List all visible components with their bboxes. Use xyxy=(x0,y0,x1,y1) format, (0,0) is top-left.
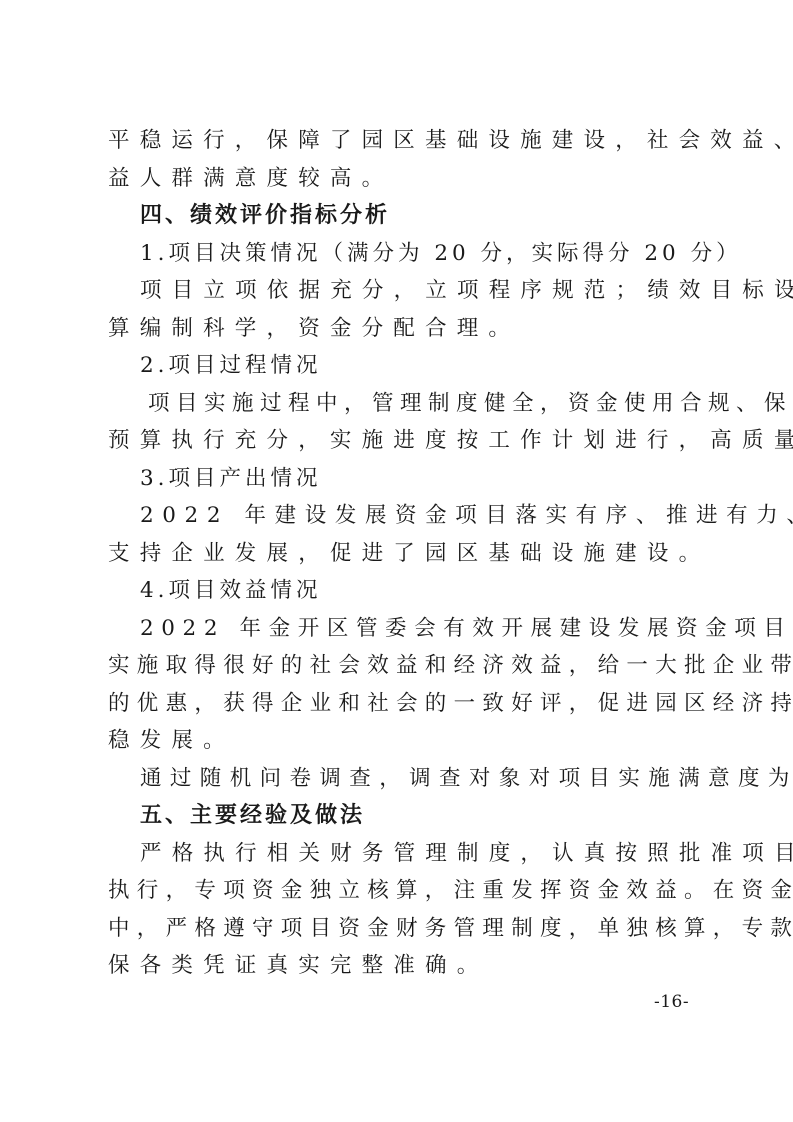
paragraph-line: 项目实施过程中，管理制度健全，资金使用合规、保障到位， xyxy=(108,385,694,423)
subsection-output: 3.项目产出情况 xyxy=(108,460,694,498)
subsection-process: 2.项目过程情况 xyxy=(108,347,694,385)
paragraph-line: 支持企业发展，促进了园区基础设施建设。 xyxy=(108,535,694,573)
paragraph-line: 严格执行相关财务管理制度，认真按照批准项目和资金计划 xyxy=(108,835,694,873)
paragraph-line: 益人群满意度较高。 xyxy=(108,160,694,198)
paragraph-line: 项目立项依据充分，立项程序规范；绩效目标设置合理，预 xyxy=(108,272,694,310)
subsection-benefit: 4.项目效益情况 xyxy=(108,572,694,610)
document-page: 平稳运行，保障了园区基础设施建设，社会效益、生态效益和受 益人群满意度较高。 四… xyxy=(108,122,694,985)
paragraph-line: 预算执行充分，实施进度按工作计划进行，高质量完成该项目 xyxy=(108,422,694,460)
paragraph-line: 平稳运行，保障了园区基础设施建设，社会效益、生态效益和受 xyxy=(108,122,694,160)
paragraph-line: 算编制科学，资金分配合理。 xyxy=(108,310,694,348)
paragraph-line: 实施取得很好的社会效益和经济效益，给一大批企业带来了实际 xyxy=(108,647,694,685)
paragraph-line: 稳发展。 xyxy=(108,722,694,760)
paragraph-line: 执行，专项资金独立核算，注重发挥资金效益。在资金拨付过程 xyxy=(108,872,694,910)
section-heading-experience: 五、主要经验及做法 xyxy=(108,797,694,835)
paragraph-line: 2022 年金开区管委会有效开展建设发展资金项目，该项目的 xyxy=(108,610,694,648)
section-heading-performance-indicators: 四、绩效评价指标分析 xyxy=(108,197,694,235)
paragraph-line: 通过随机问卷调查，调查对象对项目实施满意度为 98%。 xyxy=(108,760,694,798)
subsection-decision: 1.项目决策情况（满分为 20 分，实际得分 20 分） xyxy=(108,235,694,273)
paragraph-line: 2022 年建设发展资金项目落实有序、推进有力、完成及时， xyxy=(108,497,694,535)
page-number: -16- xyxy=(654,992,689,1012)
paragraph-line: 中，严格遵守项目资金财务管理制度，单独核算，专款专用，确 xyxy=(108,910,694,948)
paragraph-line: 的优惠，获得企业和社会的一致好评，促进园区经济持续健康平 xyxy=(108,685,694,723)
paragraph-line: 保各类凭证真实完整准确。 xyxy=(108,947,694,985)
